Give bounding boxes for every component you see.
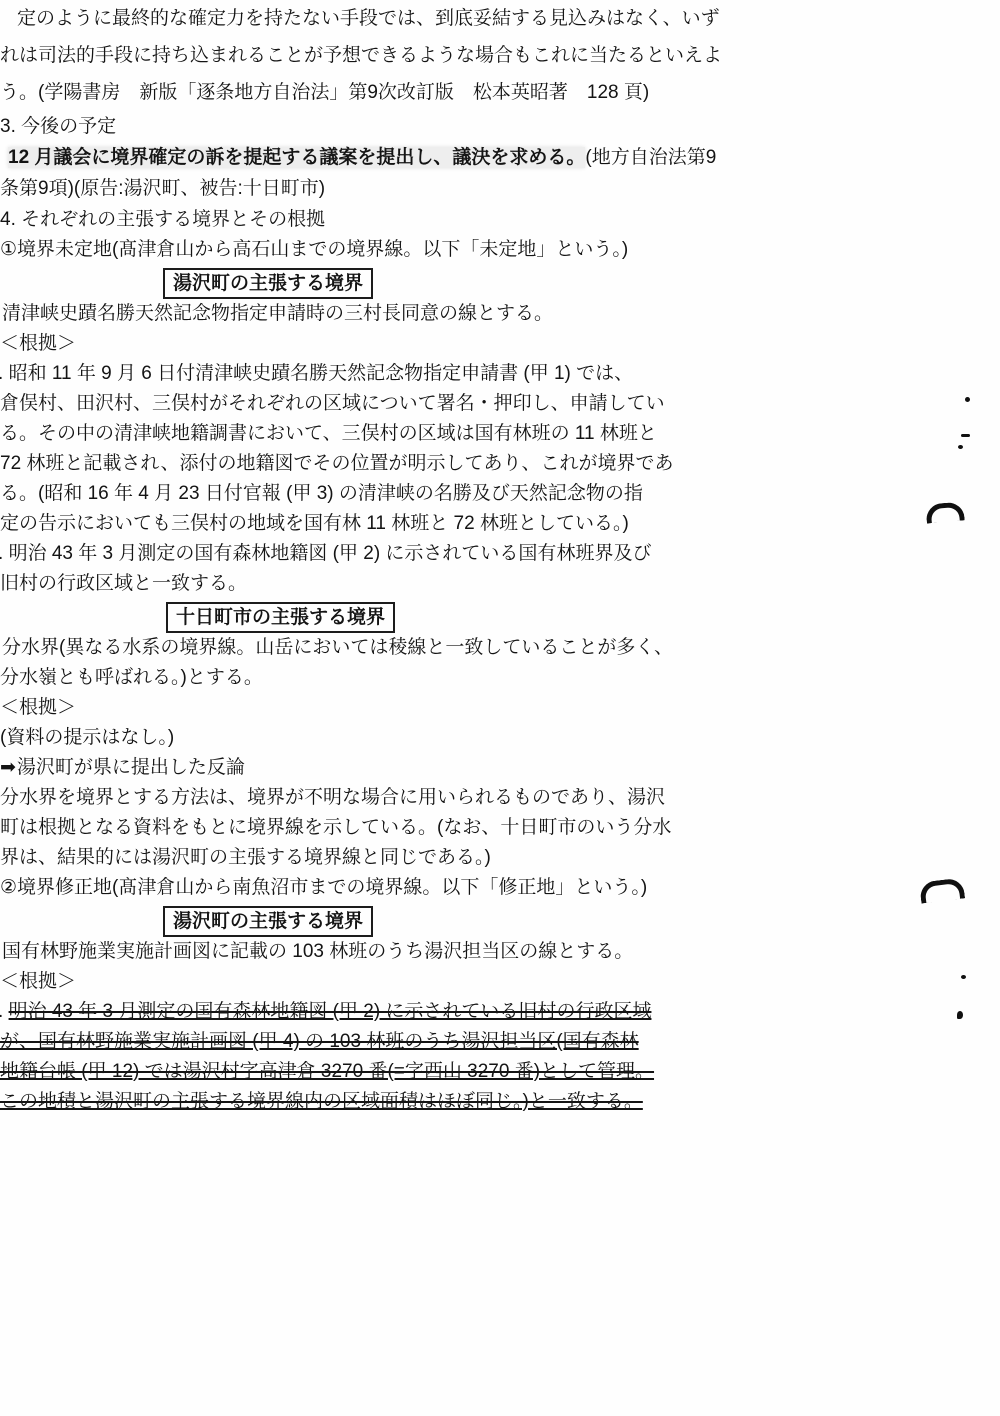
struck-out-text: 明治 43 年 3 月測定の国有森林地籍図 (甲 2) に示されている旧村の行政… <box>0 1001 654 1112</box>
point-a2-prefix: ア. <box>0 1001 9 1022</box>
yuzawa-claim-box-row-2: 湯沢町の主張する境界 <box>163 906 1000 937</box>
scan-artifact-dot <box>965 397 970 402</box>
intro-continuation-paragraph: 定のように最終的な確定力を持たない手段では、到底妥結する見込みはなく、いず れは… <box>0 0 1000 111</box>
point-a-item1: ア. 昭和 11 年 9 月 6 日付清津峡史蹟名勝天然記念物指定申請書 (甲 … <box>0 359 1000 539</box>
section-3-body: 12 月議会に境界確定の訴を提起する議案を提出し、議決を求める。(地方自治法第9… <box>0 142 1000 204</box>
item-1-title: ①境界未定地(髙津倉山から高石山までの境界線。以下「未定地」という。) <box>0 235 1000 265</box>
resolution-sentence: 12 月議会に境界確定の訴を提起する議案を提出し、議決を求める。 <box>8 147 585 168</box>
section-4-heading: 4. それぞれの主張する境界とその根拠 <box>0 204 1000 235</box>
scan-artifact-dot <box>958 445 963 449</box>
yuzawa-claim-box-label-2: 湯沢町の主張する境界 <box>163 906 373 937</box>
point-i-prefix: イ. <box>0 543 9 564</box>
tokamachi-claim-line: …分水界(異なる水系の境界線。山岳においては稜線と一致していることが多く、 分水… <box>0 633 1000 693</box>
konkyo-label-2: ＜根拠＞ <box>0 693 1000 723</box>
yuzawa-claim-line-1: …清津峡史蹟名勝天然記念物指定申請時の三村長同意の線とする。 <box>0 299 1000 329</box>
yuzawa-claim-box-label-1: 湯沢町の主張する境界 <box>163 268 373 299</box>
yuzawa-claim-line-2: …国有林野施業実施計画図に記載の 103 林班のうち湯沢担当区の線とする。 <box>0 937 1000 967</box>
tokamachi-claim-box-label: 十日町市の主張する境界 <box>166 602 395 633</box>
scanned-document-page: 定のように最終的な確定力を持たない手段では、到底妥結する見込みはなく、いず れは… <box>0 0 1000 1416</box>
scan-artifact-dot <box>957 1011 963 1019</box>
scan-artifact-dot <box>961 975 966 979</box>
point-i-item1: イ. 明治 43 年 3 月測定の国有森林地籍図 (甲 2) に示されている国有… <box>0 539 1000 599</box>
rebuttal-heading: ➡湯沢町が県に提出した反論 <box>0 753 1000 783</box>
no-material-note: (資料の提示はなし。) <box>0 723 1000 753</box>
section-3-heading: 3. 今後の予定 <box>0 111 1000 142</box>
konkyo-label-3: ＜根拠＞ <box>0 967 1000 997</box>
yuzawa-claim-box-row-1: 湯沢町の主張する境界 <box>163 268 1000 299</box>
konkyo-label-1: ＜根拠＞ <box>0 329 1000 359</box>
point-a-prefix: ア. <box>0 363 9 384</box>
tokamachi-claim-box-row: 十日町市の主張する境界 <box>166 602 1000 633</box>
point-a-item2-struck: ア. 明治 43 年 3 月測定の国有森林地籍図 (甲 2) に示されている旧村… <box>0 997 1000 1117</box>
item-2-title: ②境界修正地(髙津倉山から南魚沼市までの境界線。以下「修正地」という。) <box>0 873 1000 903</box>
point-i-text: 明治 43 年 3 月測定の国有森林地籍図 (甲 2) に示されている国有林班界… <box>0 543 651 594</box>
scan-artifact-dash <box>961 434 970 437</box>
rebuttal-body: 分水界を境界とする方法は、境界が不明な場合に用いられるものであり、湯沢 町は根拠… <box>0 783 1000 873</box>
black-right-arrow-icon: ➡ <box>0 757 16 778</box>
point-a-text: 昭和 11 年 9 月 6 日付清津峡史蹟名勝天然記念物指定申請書 (甲 1) … <box>0 363 674 534</box>
rebuttal-title: 湯沢町が県に提出した反論 <box>17 757 245 778</box>
